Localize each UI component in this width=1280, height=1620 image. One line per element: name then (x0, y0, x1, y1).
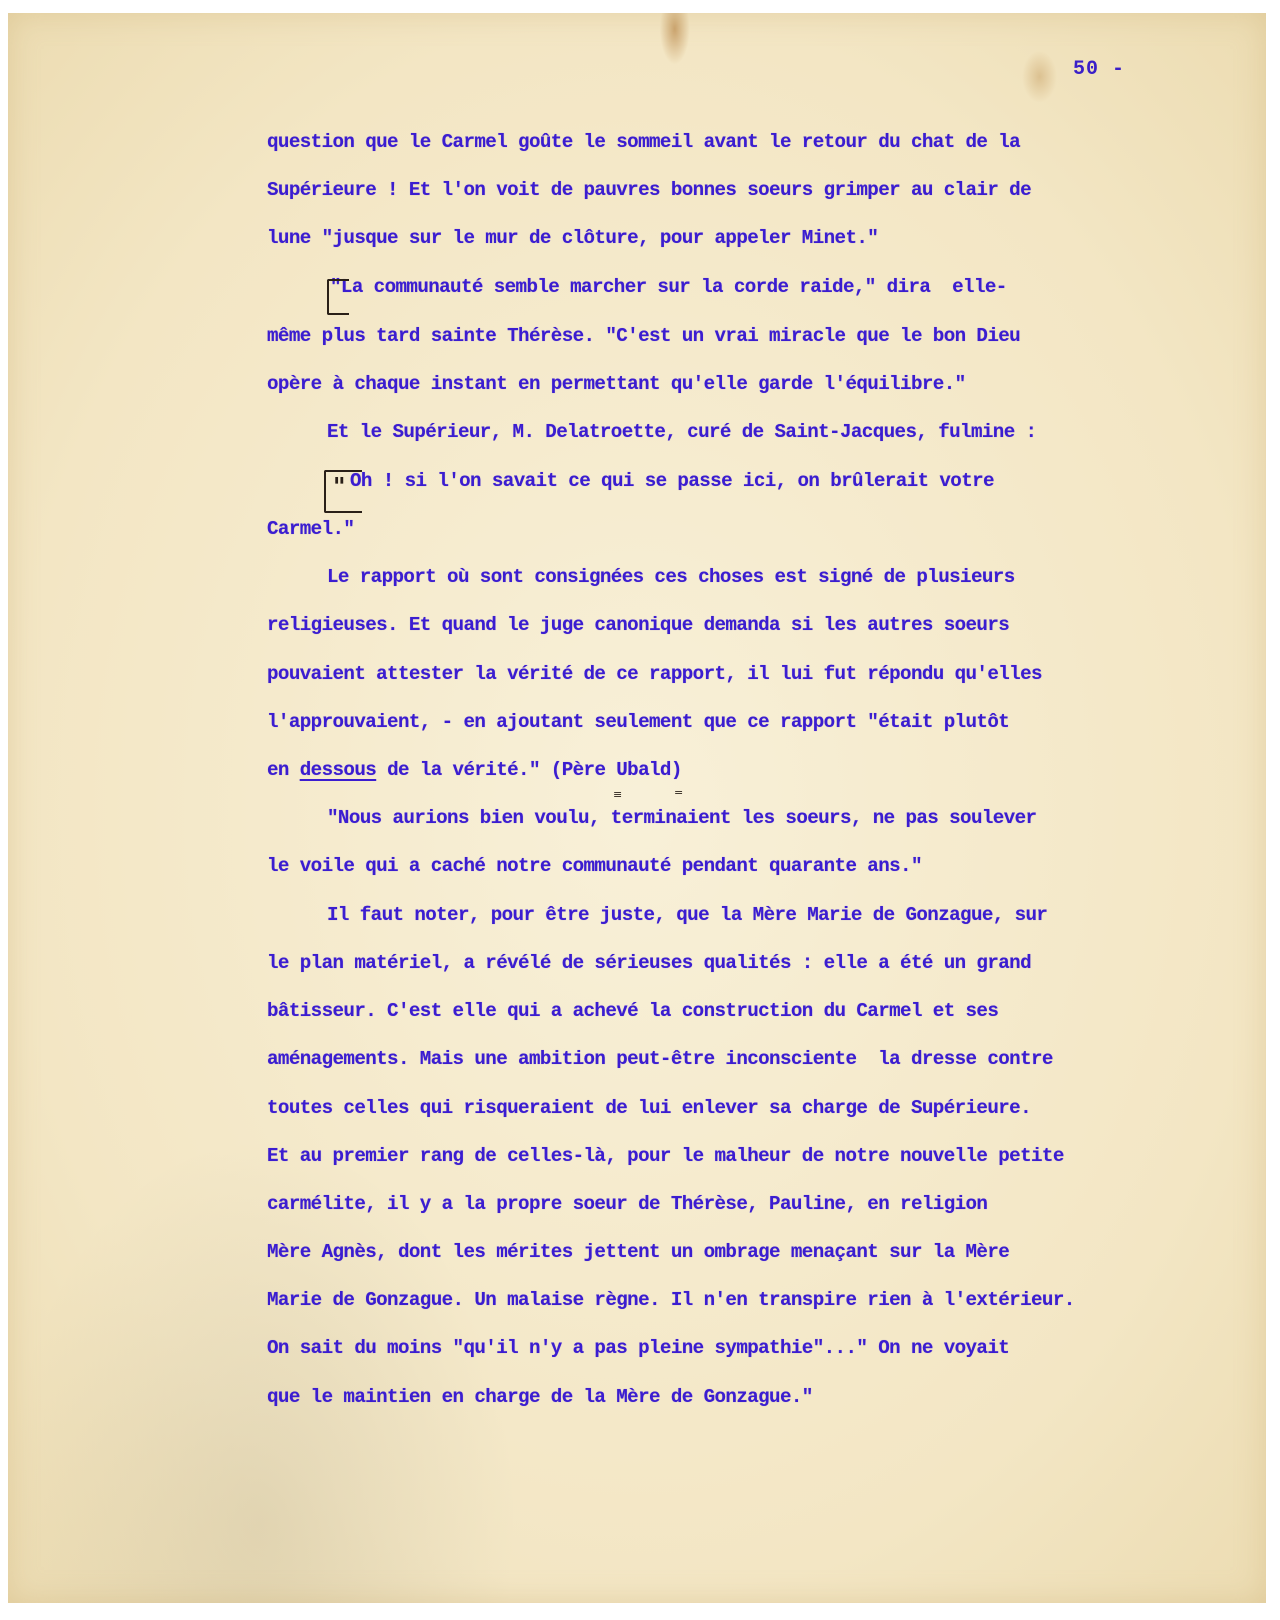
text-line: On sait du moins "qu'il n'y a pas pleine… (267, 1337, 1009, 1359)
text-line: carmélite, il y a la propre soeur de Thé… (267, 1193, 987, 1215)
text-line: "La communauté semble marcher sur la cor… (330, 276, 1007, 298)
proofreading-mark-icon: ≡ (613, 792, 622, 797)
text-line: Supérieure ! Et l'on voit de pauvres bon… (267, 179, 1031, 201)
text-line: le voile qui a caché notre communauté pe… (267, 855, 922, 877)
text-line: l'approuvaient, - en ajoutant seulement … (267, 711, 1009, 733)
text-line: Et au premier rang de celles-là, pour le… (267, 1145, 1064, 1167)
text-line: Le rapport où sont consignées ces choses… (327, 566, 1015, 588)
text-line: aménagements. Mais une ambition peut-êtr… (267, 1048, 1053, 1070)
handwritten-quote-mark: " (333, 472, 346, 501)
text-line: pouvaient attester la vérité de ce rappo… (267, 663, 1042, 685)
text-line: opère à chaque instant en permettant qu'… (267, 373, 966, 395)
margin-bracket-icon (327, 279, 349, 315)
text-line: en dessous de la vérité." (Père Ubald) (267, 759, 682, 781)
text-line: Il faut noter, pour être juste, que la M… (327, 904, 1047, 926)
text-line: lune "jusque sur le mur de clôture, pour… (267, 227, 878, 249)
text-fragment: en (267, 759, 300, 781)
page-number: 50 - (1073, 58, 1125, 81)
text-line: Et le Supérieur, M. Delatroette, curé de… (327, 421, 1036, 443)
text-line: Oh ! si l'on savait ce qui se passe ici,… (350, 470, 994, 492)
text-line: Mère Agnès, dont les mérites jettent un … (267, 1241, 1009, 1263)
text-line: même plus tard sainte Thérèse. "C'est un… (267, 325, 1020, 347)
text-line: bâtisseur. C'est elle qui a achevé la co… (267, 1000, 998, 1022)
text-line: Marie de Gonzague. Un malaise règne. Il … (267, 1289, 1075, 1311)
text-line: "Nous aurions bien voulu, terminaient le… (327, 807, 1036, 829)
underlined-word: dessous (300, 759, 376, 781)
text-line: toutes celles qui risqueraient de lui en… (267, 1097, 1031, 1119)
text-line: Carmel." (267, 518, 354, 540)
text-line: que le maintien en charge de la Mère de … (267, 1386, 813, 1408)
text-line: le plan matériel, a révélé de sérieuses … (267, 952, 1031, 974)
text-line: question que le Carmel goûte le sommeil … (267, 131, 1020, 153)
proofreading-mark-icon: = (674, 790, 683, 795)
text-fragment: de la vérité." (Père Ubald) (376, 759, 682, 781)
text-line: religieuses. Et quand le juge canonique … (267, 614, 1009, 636)
